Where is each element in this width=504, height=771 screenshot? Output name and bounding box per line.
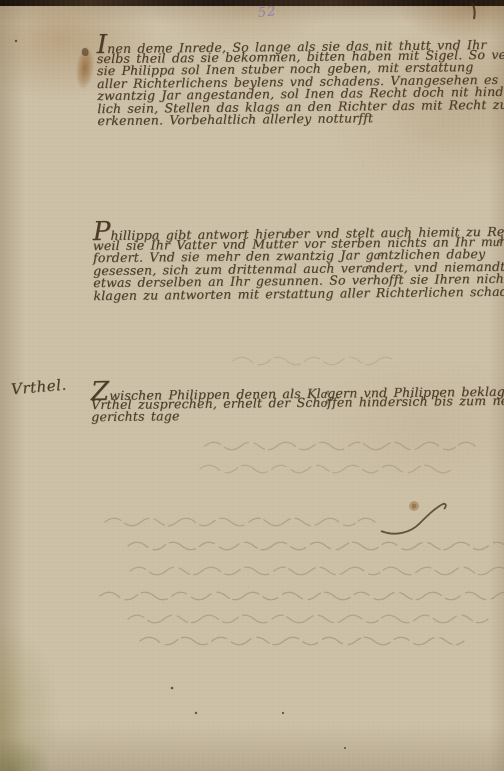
ink-stain-blob — [74, 45, 97, 91]
ink-flourish — [381, 501, 446, 534]
manuscript-page: 52 Inen deme Inrede, So lange als sie da… — [0, 0, 504, 771]
folio-number: 52 — [257, 4, 277, 21]
paragraph-answer: Phillippa gibt antwort hieruͤber vnd ste… — [93, 217, 503, 296]
book-top-edge — [0, 0, 504, 6]
paragraph-claim: Inen deme Inrede, So lange als sie das n… — [97, 29, 503, 121]
margin-note-vrthel: Vrthel. — [10, 376, 67, 399]
paragraph-verdict: Zwischen Philippen denen als Klaͤgern vn… — [91, 376, 502, 418]
